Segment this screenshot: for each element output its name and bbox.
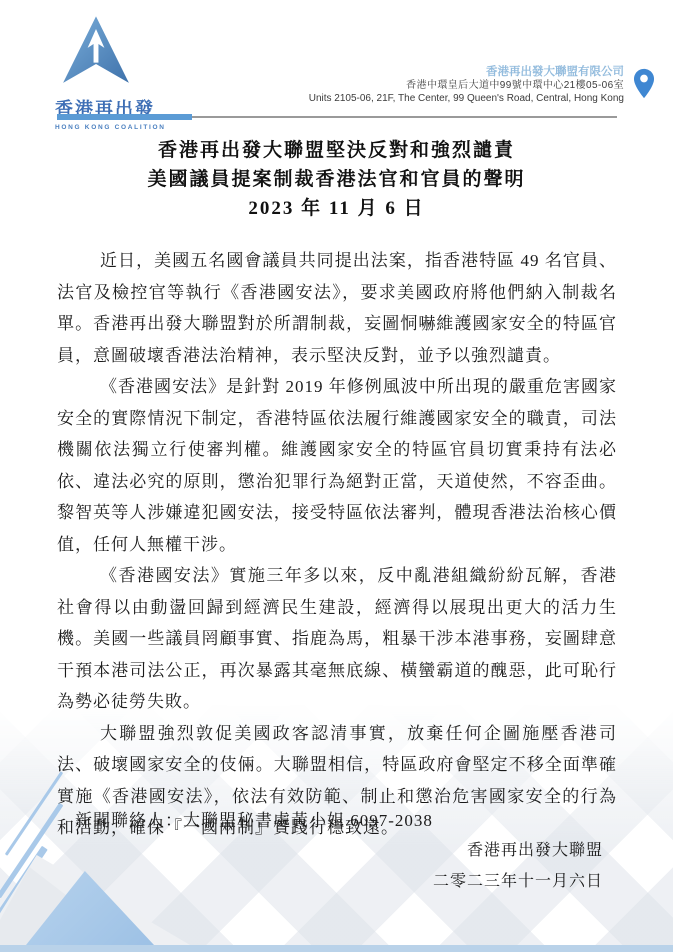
title-line-1: 香港再出發大聯盟堅決反對和強烈譴責 [0, 136, 673, 165]
signature-organization: 香港再出發大聯盟 [433, 841, 603, 860]
logo-name-en: HONG KONG COALITION [55, 124, 166, 131]
statement-title: 香港再出發大聯盟堅決反對和強烈譴責 美國議員提案制裁香港法官和官員的聲明 202… [0, 136, 673, 223]
address-chinese: 香港中環皇后大道中99號中環中心21樓05-06室 [406, 79, 624, 92]
divider-blue-segment [57, 114, 192, 120]
header-contact-info: 香港再出發大聯盟有限公司 香港中環皇后大道中99號中環中心21樓05-06室 U… [309, 66, 655, 105]
statement-body: 近日，美國五名國會議員共同提出法案，指香港特區 49 名官員、法官及檢控官等執行… [57, 245, 617, 844]
paragraph: 《香港國安法》是針對 2019 年修例風波中所出現的嚴重危害國家安全的實際情況下… [57, 371, 617, 560]
title-line-2: 美國議員提案制裁香港法官和官員的聲明 [0, 165, 673, 194]
paragraph: 《香港國安法》實施三年多以來，反中亂港組織紛紛瓦解，香港社會得以由動盪回歸到經濟… [57, 560, 617, 718]
triangle-arrow-up-icon [61, 12, 131, 93]
map-pin-icon [633, 68, 655, 104]
paragraph: 近日，美國五名國會議員共同提出法案，指香港特區 49 名官員、法官及檢控官等執行… [57, 245, 617, 371]
address-english: Units 2105-06, 21F, The Center, 99 Queen… [309, 92, 624, 105]
statement-document: 香港再出發 HONG KONG COALITION 香港再出發大聯盟有限公司 香… [0, 0, 673, 952]
header-divider [57, 114, 617, 120]
signature-block: 香港再出發大聯盟 二零二三年十一月六日 [433, 841, 603, 891]
press-contact-line: 新聞聯絡人：大聯盟秘書處黃小姐 6097-2038 [57, 806, 617, 831]
company-name: 香港再出發大聯盟有限公司 [486, 66, 624, 79]
bottom-blue-band [0, 945, 673, 952]
signature-date: 二零二三年十一月六日 [433, 872, 603, 891]
title-date: 2023 年 11 月 6 日 [0, 194, 673, 223]
